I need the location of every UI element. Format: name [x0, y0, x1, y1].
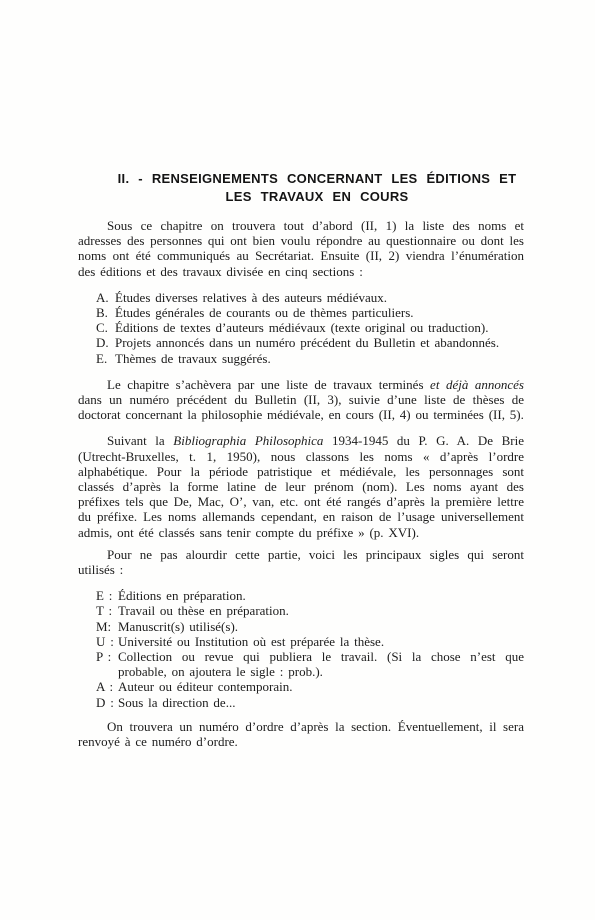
text-run: 1934-1945 du P. G. A. De Brie (Utrecht-B… [78, 433, 524, 539]
sigle-label: A : [96, 679, 113, 694]
item-text: Études diverses relatives à des auteurs … [115, 290, 387, 305]
sigle-label: M: [96, 619, 111, 634]
item-label: E. [96, 351, 112, 366]
sigle-item: P :Collection ou revue qui publiera le t… [96, 649, 524, 679]
section-heading: II. - RENSEIGNEMENTS CONCERNANT LES ÉDIT… [110, 170, 524, 206]
list-item: E.Thèmes de travaux suggérés. [96, 351, 524, 366]
sigle-text: Manuscrit(s) utilisé(s). [118, 619, 238, 634]
item-text: Études générales de courants ou de thème… [115, 305, 414, 320]
text-run: dans un numéro précédent du Bulletin (II… [78, 392, 524, 422]
sigle-text: Sous la direction de... [118, 695, 235, 710]
list-item: D.Projets annoncés dans un numéro précéd… [96, 335, 524, 350]
intro-paragraph: Sous ce chapitre on trouvera tout d’abor… [78, 218, 524, 279]
sigles-intro-paragraph: Pour ne pas alourdir cette partie, voici… [78, 547, 524, 577]
emphasis-run: et déjà annoncés [430, 377, 524, 392]
sigle-label: D : [96, 695, 114, 710]
text-run: Suivant la [107, 433, 173, 448]
sigle-text: Université ou Institution où est préparé… [118, 634, 384, 649]
sigle-label: E : [96, 588, 112, 603]
sigle-item: E :Éditions en préparation. [96, 588, 524, 603]
item-label: B. [96, 305, 112, 320]
sigle-item: U :Université ou Institution où est prép… [96, 634, 524, 649]
heading-line-2: LES TRAVAUX EN COURS [110, 188, 524, 206]
text-run: Pour ne pas alourdir cette partie, voici… [78, 547, 524, 577]
section-list: A.Études diverses relatives à des auteur… [78, 290, 524, 366]
item-label: D. [96, 335, 112, 350]
page: II. - RENSEIGNEMENTS CONCERNANT LES ÉDIT… [0, 0, 595, 920]
sigle-item: D :Sous la direction de... [96, 695, 524, 710]
text-run: Le chapitre s’achèvera par une liste de … [107, 377, 430, 392]
classification-paragraph: Suivant la Bibliographia Philosophica 19… [78, 433, 524, 539]
sigle-label: U : [96, 634, 114, 649]
text-run: Sous ce chapitre on trouvera tout d’abor… [78, 218, 524, 279]
text-run: On trouvera un numéro d’ordre d’après la… [78, 719, 524, 749]
item-label: A. [96, 290, 112, 305]
order-note-paragraph: On trouvera un numéro d’ordre d’après la… [78, 719, 524, 749]
item-text: Éditions de textes d’auteurs médiévaux (… [115, 320, 488, 335]
closing-paragraph: Le chapitre s’achèvera par une liste de … [78, 377, 524, 423]
document-content: II. - RENSEIGNEMENTS CONCERNANT LES ÉDIT… [78, 0, 524, 749]
item-text: Thèmes de travaux suggérés. [115, 351, 271, 366]
sigle-item: A :Auteur ou éditeur contemporain. [96, 679, 524, 694]
sigle-text: Auteur ou éditeur contemporain. [118, 679, 292, 694]
item-label: C. [96, 320, 112, 335]
sigle-label: T : [96, 603, 112, 618]
list-item: A.Études diverses relatives à des auteur… [96, 290, 524, 305]
sigle-label: P : [96, 649, 111, 664]
sigle-text: Travail ou thèse en préparation. [118, 603, 289, 618]
sigle-text: Collection ou revue qui publiera le trav… [118, 649, 524, 679]
sigle-text: Éditions en préparation. [118, 588, 246, 603]
heading-line-1: II. - RENSEIGNEMENTS CONCERNANT LES ÉDIT… [110, 170, 524, 188]
emphasis-run: Bibliographia Philosophica [173, 433, 323, 448]
item-text: Projets annoncés dans un numéro précéden… [115, 335, 499, 350]
list-item: B.Études générales de courants ou de thè… [96, 305, 524, 320]
sigles-list: E :Éditions en préparation. T :Travail o… [78, 588, 524, 710]
list-item: C.Éditions de textes d’auteurs médiévaux… [96, 320, 524, 335]
sigle-item: T :Travail ou thèse en préparation. [96, 603, 524, 618]
sigle-item: M:Manuscrit(s) utilisé(s). [96, 619, 524, 634]
